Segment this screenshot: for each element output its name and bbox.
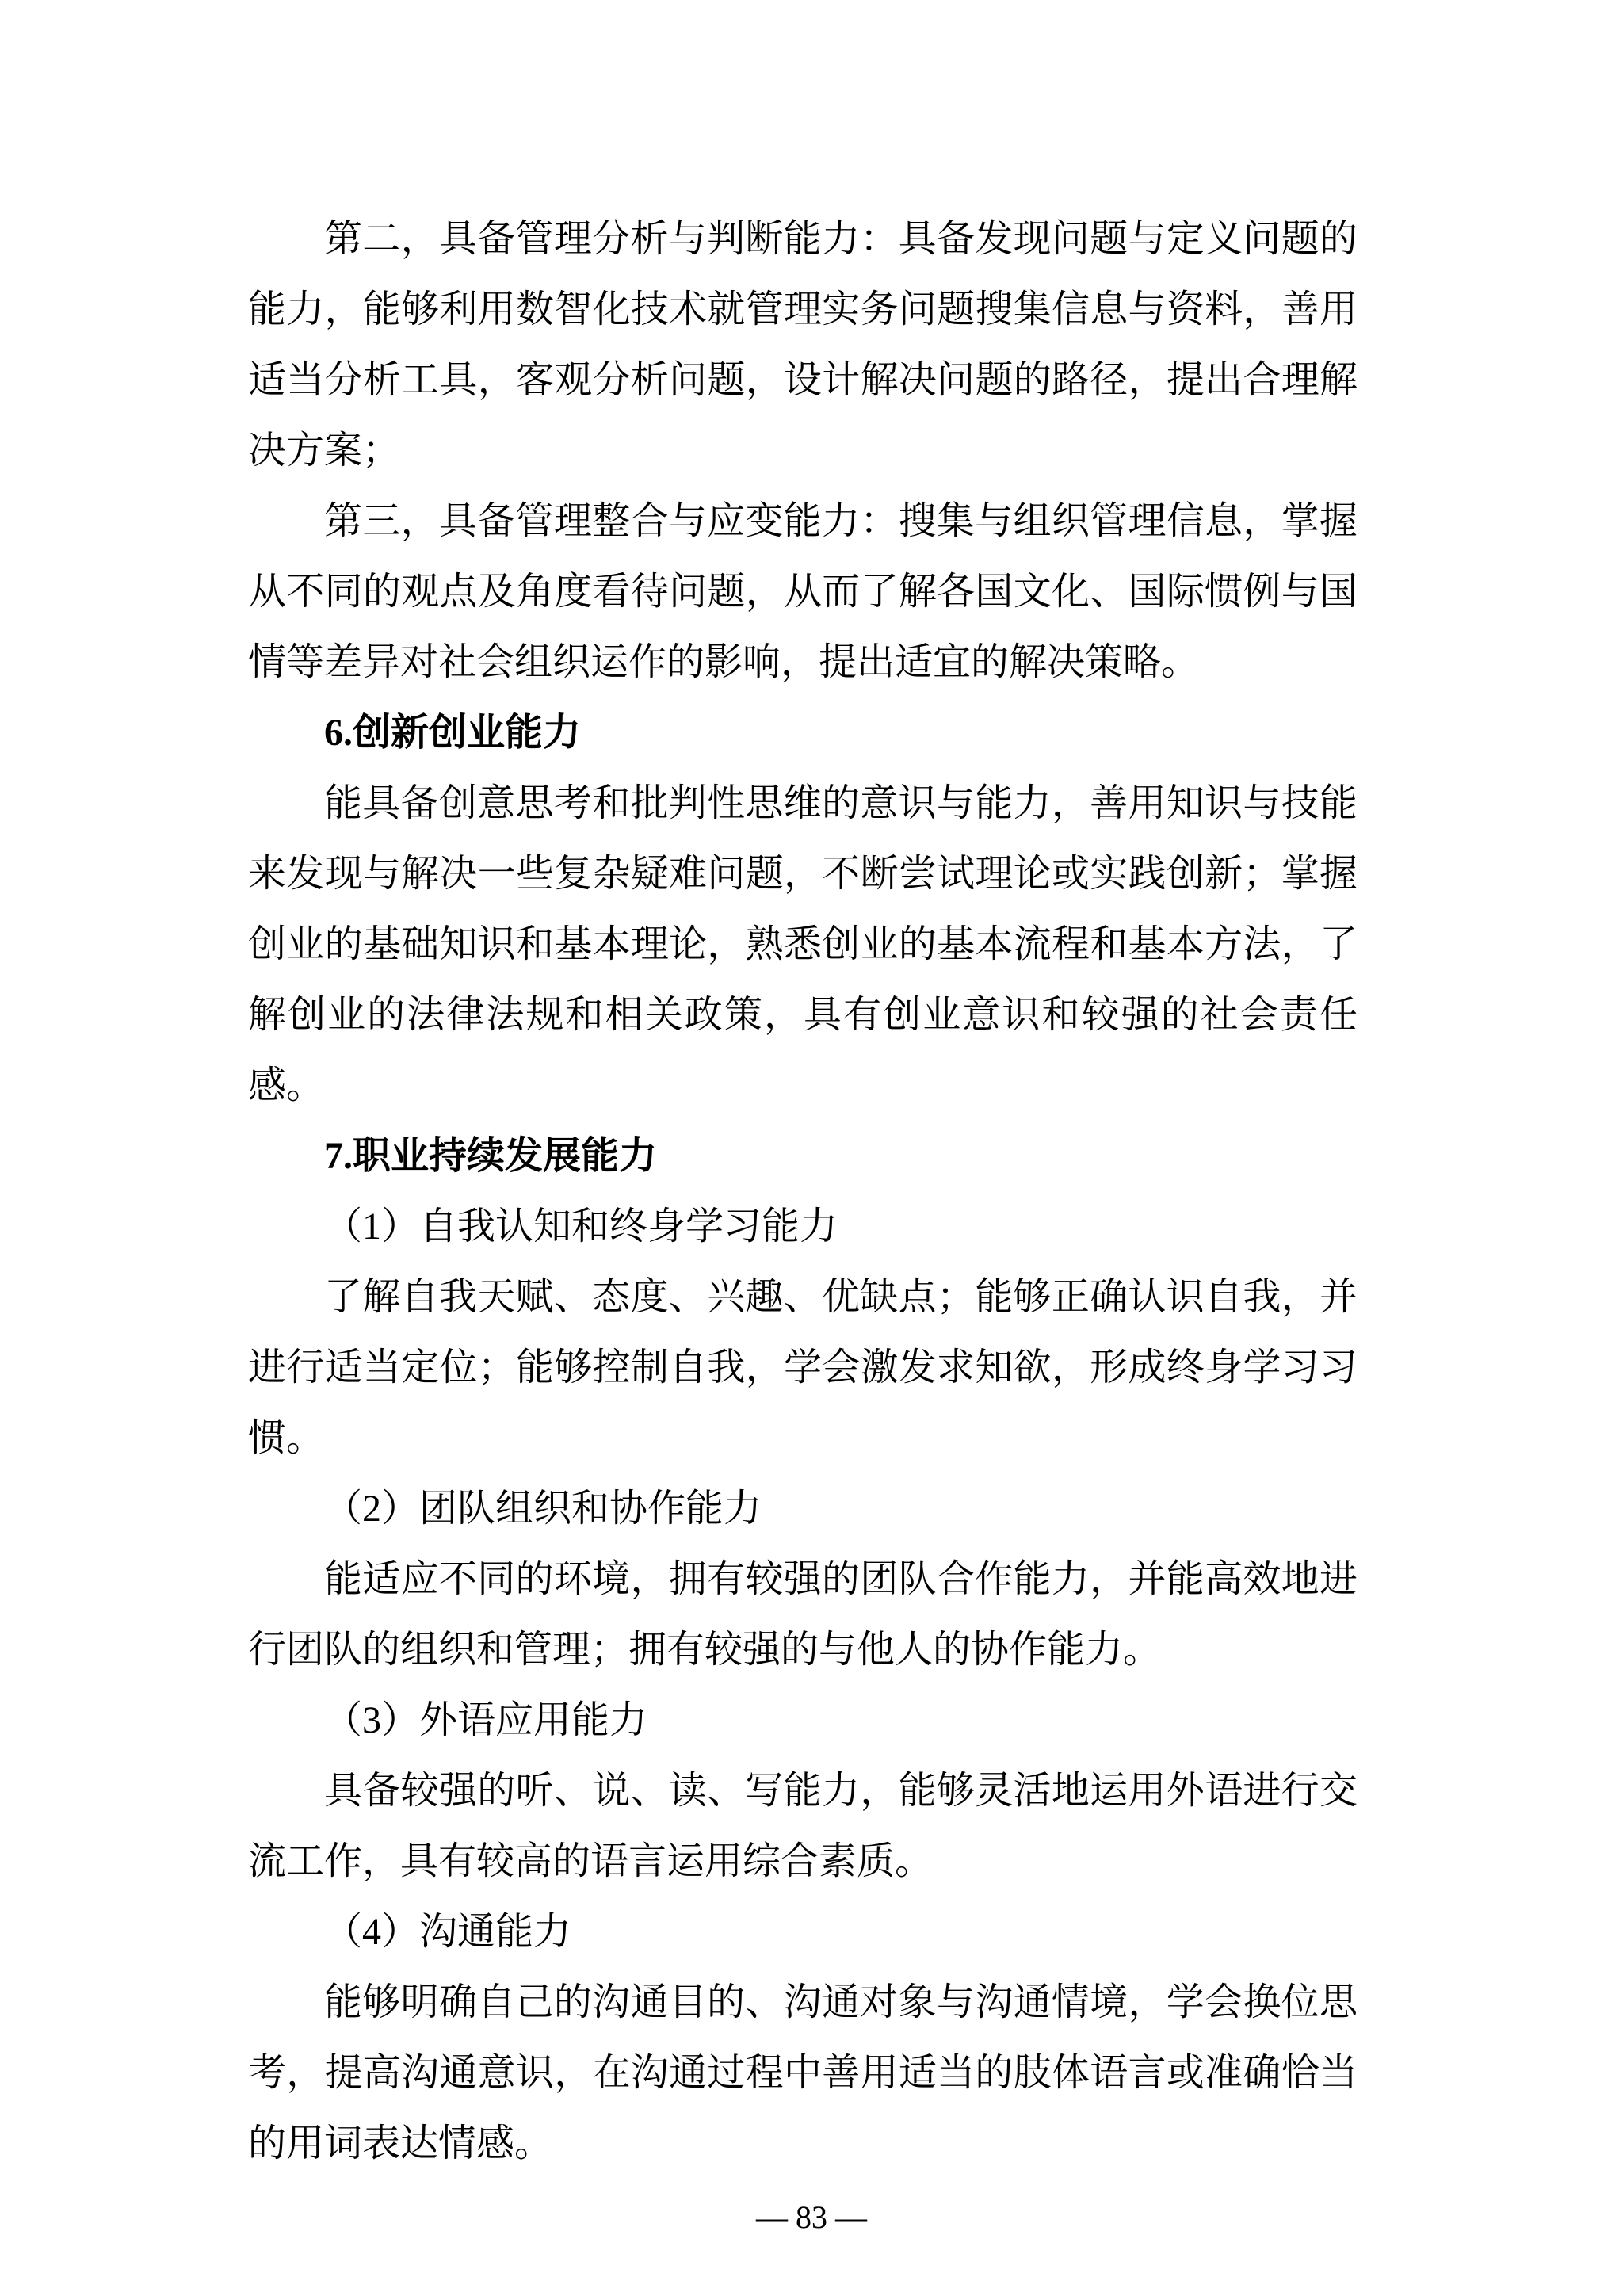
paragraph-communication-detail: 能够明确自己的沟通目的、沟通对象与沟通情境，学会换位思考，提高沟通意识，在沟通过… [248, 1967, 1358, 2179]
heading-7-career-development: 7.职业持续发展能力 [248, 1121, 1358, 1191]
paragraph-management-analysis-judgment: 第二，具备管理分析与判断能力：具备发现问题与定义问题的能力，能够利用数智化技术就… [248, 204, 1358, 486]
paragraph-management-integration-adaptability: 第三，具备管理整合与应变能力：搜集与组织管理信息，掌握从不同的观点及角度看待问题… [248, 486, 1358, 697]
paragraph-foreign-language-detail: 具备较强的听、说、读、写能力，能够灵活地运用外语进行交流工作，具有较高的语言运用… [248, 1755, 1358, 1897]
paragraph-innovation-entrepreneurship-detail: 能具备创意思考和批判性思维的意识与能力，善用知识与技能来发现与解决一些复杂疑难问… [248, 768, 1358, 1121]
document-page: 第二，具备管理分析与判断能力：具备发现问题与定义问题的能力，能够利用数智化技术就… [0, 0, 1623, 2296]
page-number: — 83 — [756, 2199, 867, 2235]
subheading-3-foreign-language-application: （3）外语应用能力 [248, 1685, 1358, 1755]
paragraph-self-cognition-detail: 了解自我天赋、态度、兴趣、优缺点；能够正确认识自我，并进行适当定位；能够控制自我… [248, 1262, 1358, 1473]
subheading-4-communication-ability: （4）沟通能力 [248, 1897, 1358, 1967]
paragraph-team-collaboration-detail: 能适应不同的环境，拥有较强的团队合作能力，并能高效地进行团队的组织和管理；拥有较… [248, 1544, 1358, 1685]
heading-6-innovation-entrepreneurship: 6.创新创业能力 [248, 697, 1358, 768]
subheading-2-team-organization-collaboration: （2）团队组织和协作能力 [248, 1473, 1358, 1544]
page-footer: — 83 — [0, 2194, 1623, 2241]
document-body: 第二，具备管理分析与判断能力：具备发现问题与定义问题的能力，能够利用数智化技术就… [248, 204, 1358, 2179]
subheading-1-self-cognition-lifelong-learning: （1）自我认知和终身学习能力 [248, 1191, 1358, 1262]
